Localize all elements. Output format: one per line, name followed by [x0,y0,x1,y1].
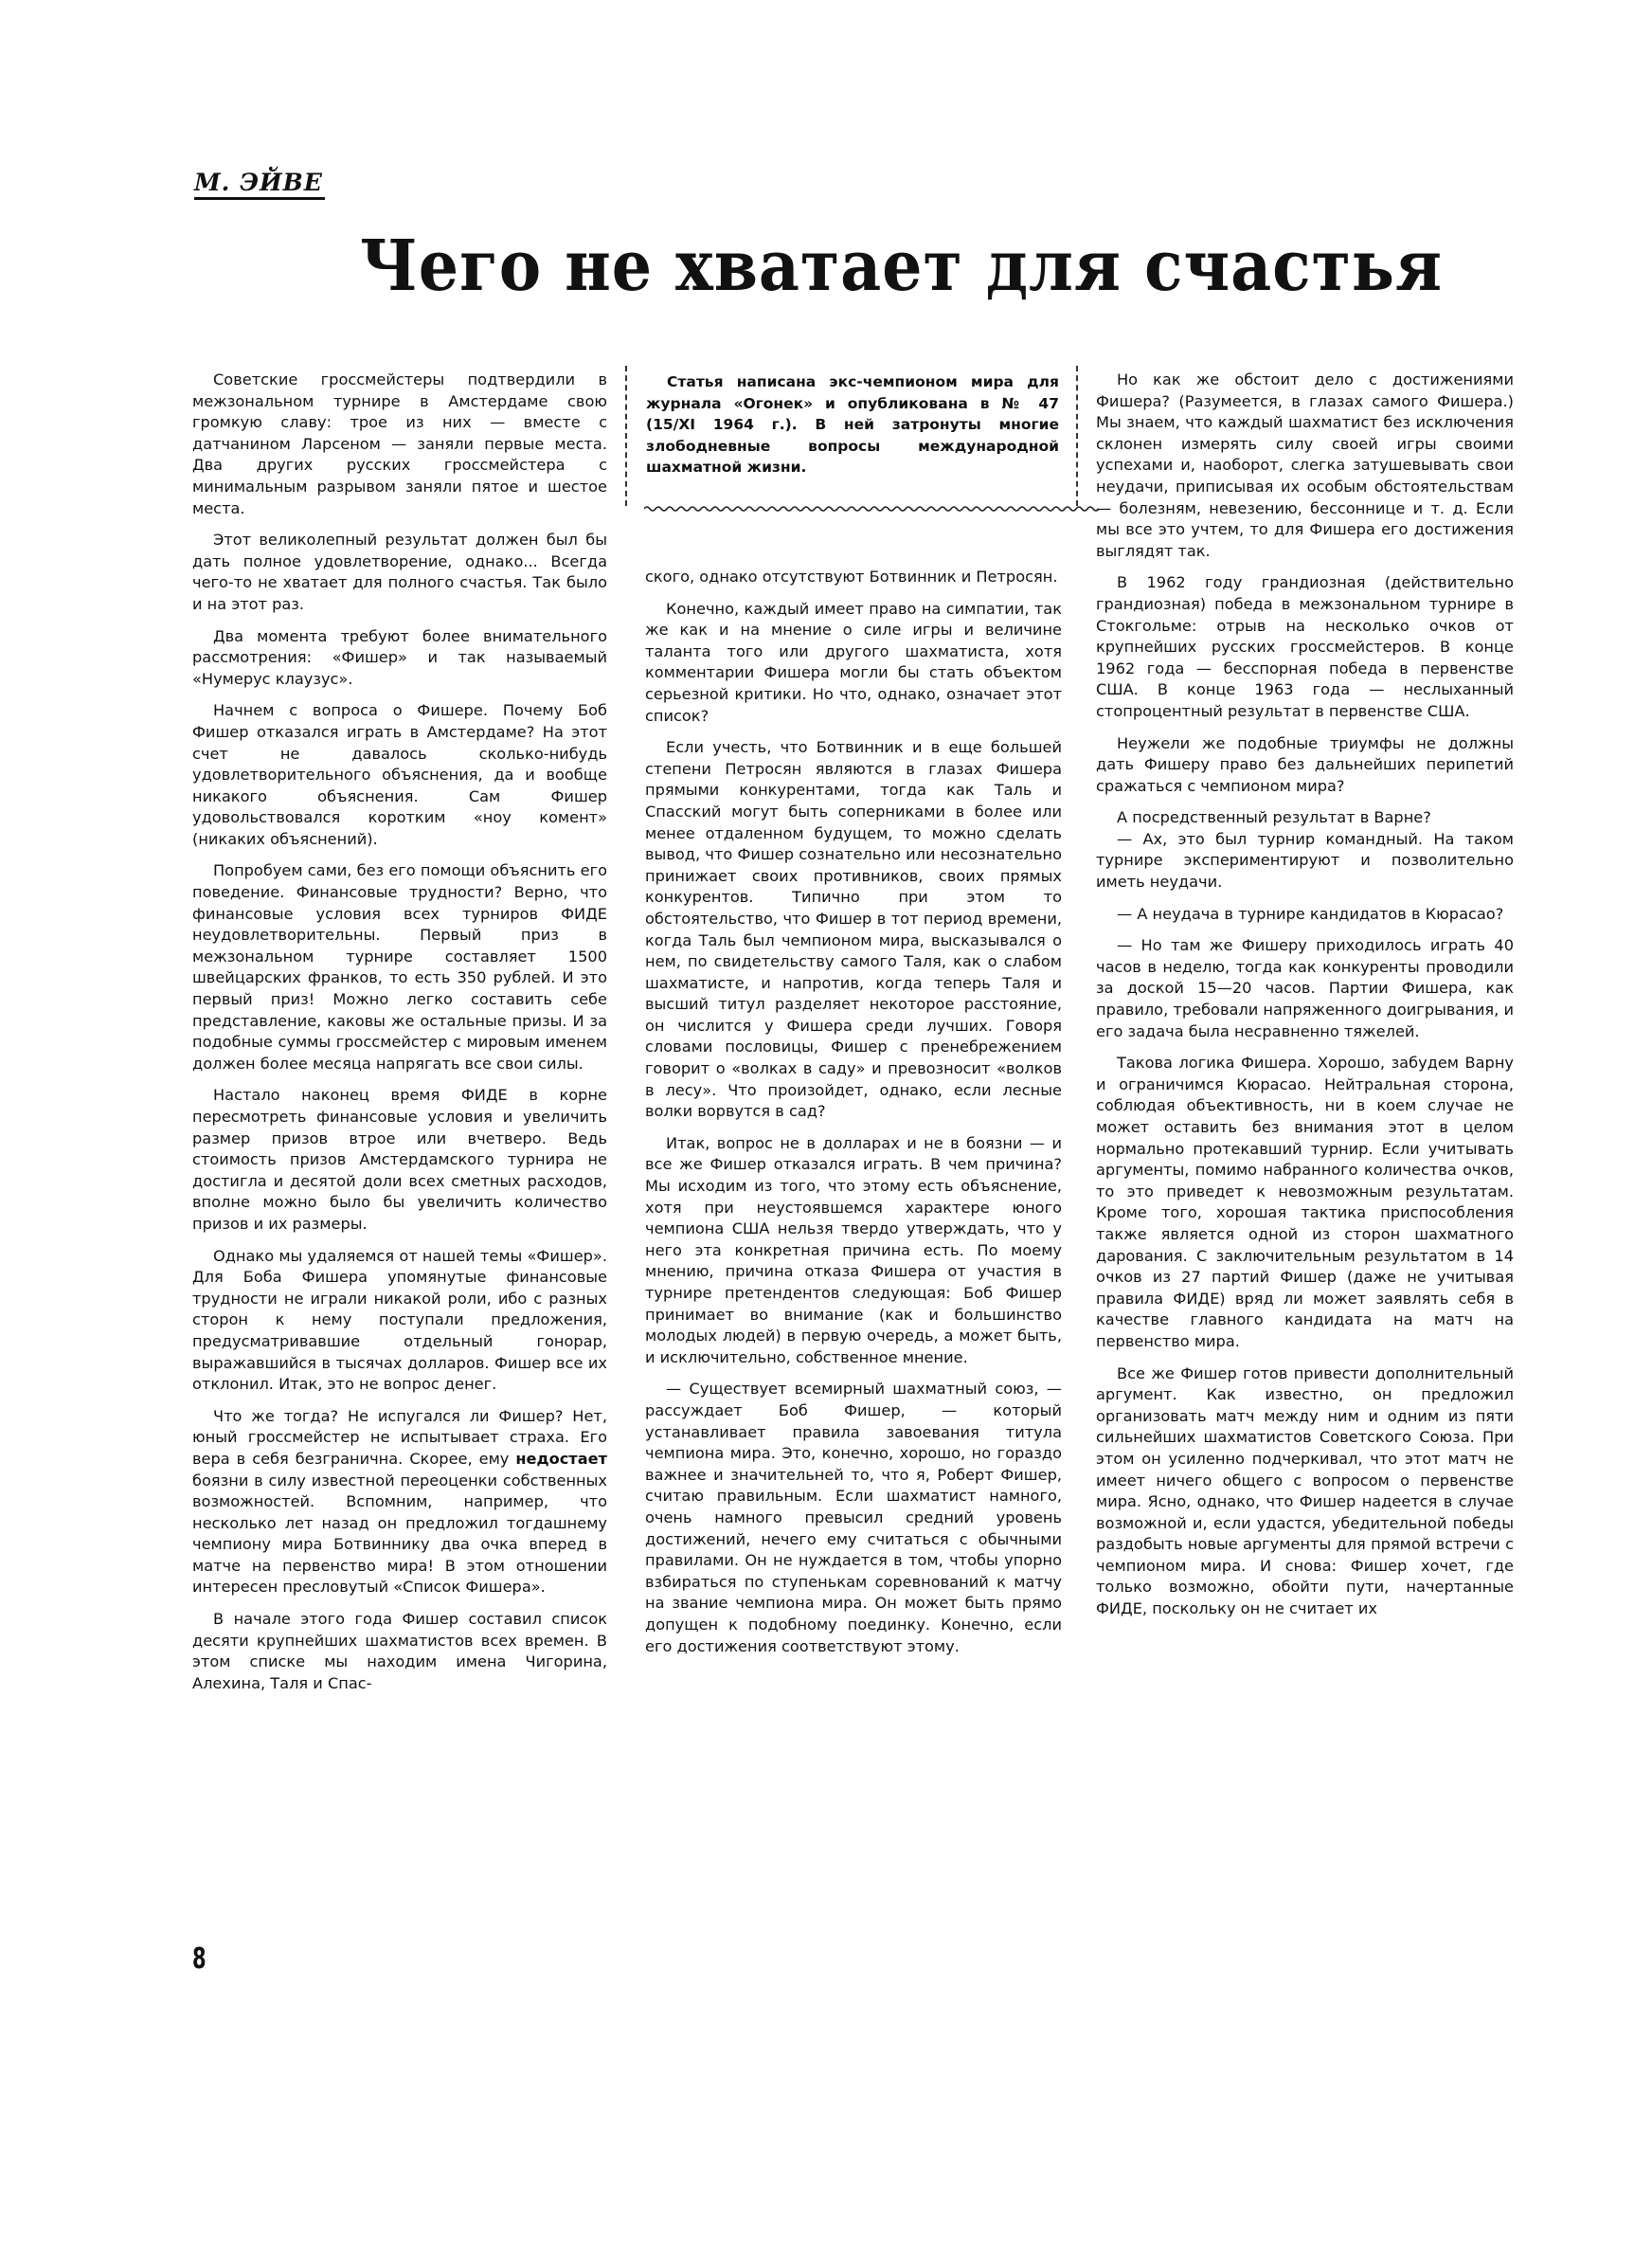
paragraph: Однако мы удаляемся от нашей темы «Фишер… [192,1246,607,1396]
paragraph: — Существует всемирный шахматный союз, —… [645,1379,1062,1657]
paragraph: Начнем с вопроса о Фишере. Почему Боб Фи… [192,700,607,850]
paragraph: Если учесть, что Ботвинник и в еще больш… [645,737,1062,1123]
page-number: 8 [192,1942,206,1976]
paragraph: Неужели же подобные триумфы не должны да… [1096,733,1514,798]
paragraph: Советские гроссмейстеры подтвердили в ме… [192,370,607,519]
paragraph-continuation: ского, однако отсутствуют Ботвинник и Пе… [645,567,1062,588]
paragraph-end: боязни в силу известной переоценки собст… [192,1472,607,1597]
paragraph: Настало наконец время ФИДЕ в корне перес… [192,1085,607,1235]
paragraph: — А неудача в турнире кандидатов в Кюрас… [1096,904,1514,926]
sidebar-note-text: Статья написана экс-чемпионом мира для ж… [646,371,1059,478]
paragraph: Такова логика Фишера. Хорошо, забудем Ва… [1096,1053,1514,1352]
paragraph: Конечно, каждый имеет право на симпатии,… [645,599,1062,728]
paragraph: — Но там же Фишеру приходилось играть 40… [1096,935,1514,1042]
paragraph: Два момента требуют более внимательного … [192,626,607,691]
paragraph: Этот великолепный результат должен был б… [192,530,607,615]
paragraph: А посредственный результат в Варне? [1096,807,1514,829]
paragraph: Попробуем сами, без его помощи объяснить… [192,860,607,1074]
byline-author: М. ЭЙВЕ [194,169,323,196]
byline-underline [194,197,325,200]
column-3: Но как же обстоит дело с достижениями Фи… [1096,370,1514,1631]
article-title: Чего не хватает для счастья [360,226,1443,307]
paragraph: В 1962 году грандиозная (действительно г… [1096,572,1514,722]
wavy-divider [644,504,1101,514]
paragraph: Все же Фишер готов привести дополнительн… [1096,1363,1514,1620]
column-1: Советские гроссмейстеры подтвердили в ме… [192,370,607,1705]
paragraph: — Ах, это был турнир командный. На таком… [1096,829,1514,894]
paragraph: В начале этого года Фишер составил списо… [192,1609,607,1694]
paragraph: Что же тогда? Не испугался ли Фишер? Нет… [192,1406,607,1598]
sidebar-note-box: Статья написана экс-чемпионом мира для ж… [625,366,1078,506]
column-2: ского, однако отсутствуют Ботвинник и Пе… [645,567,1062,1668]
emphasis-bold: недостает [515,1450,607,1468]
paragraph: Но как же обстоит дело с достижениями Фи… [1096,370,1514,562]
paragraph: Итак, вопрос не в долларах и не в боязни… [645,1133,1062,1369]
